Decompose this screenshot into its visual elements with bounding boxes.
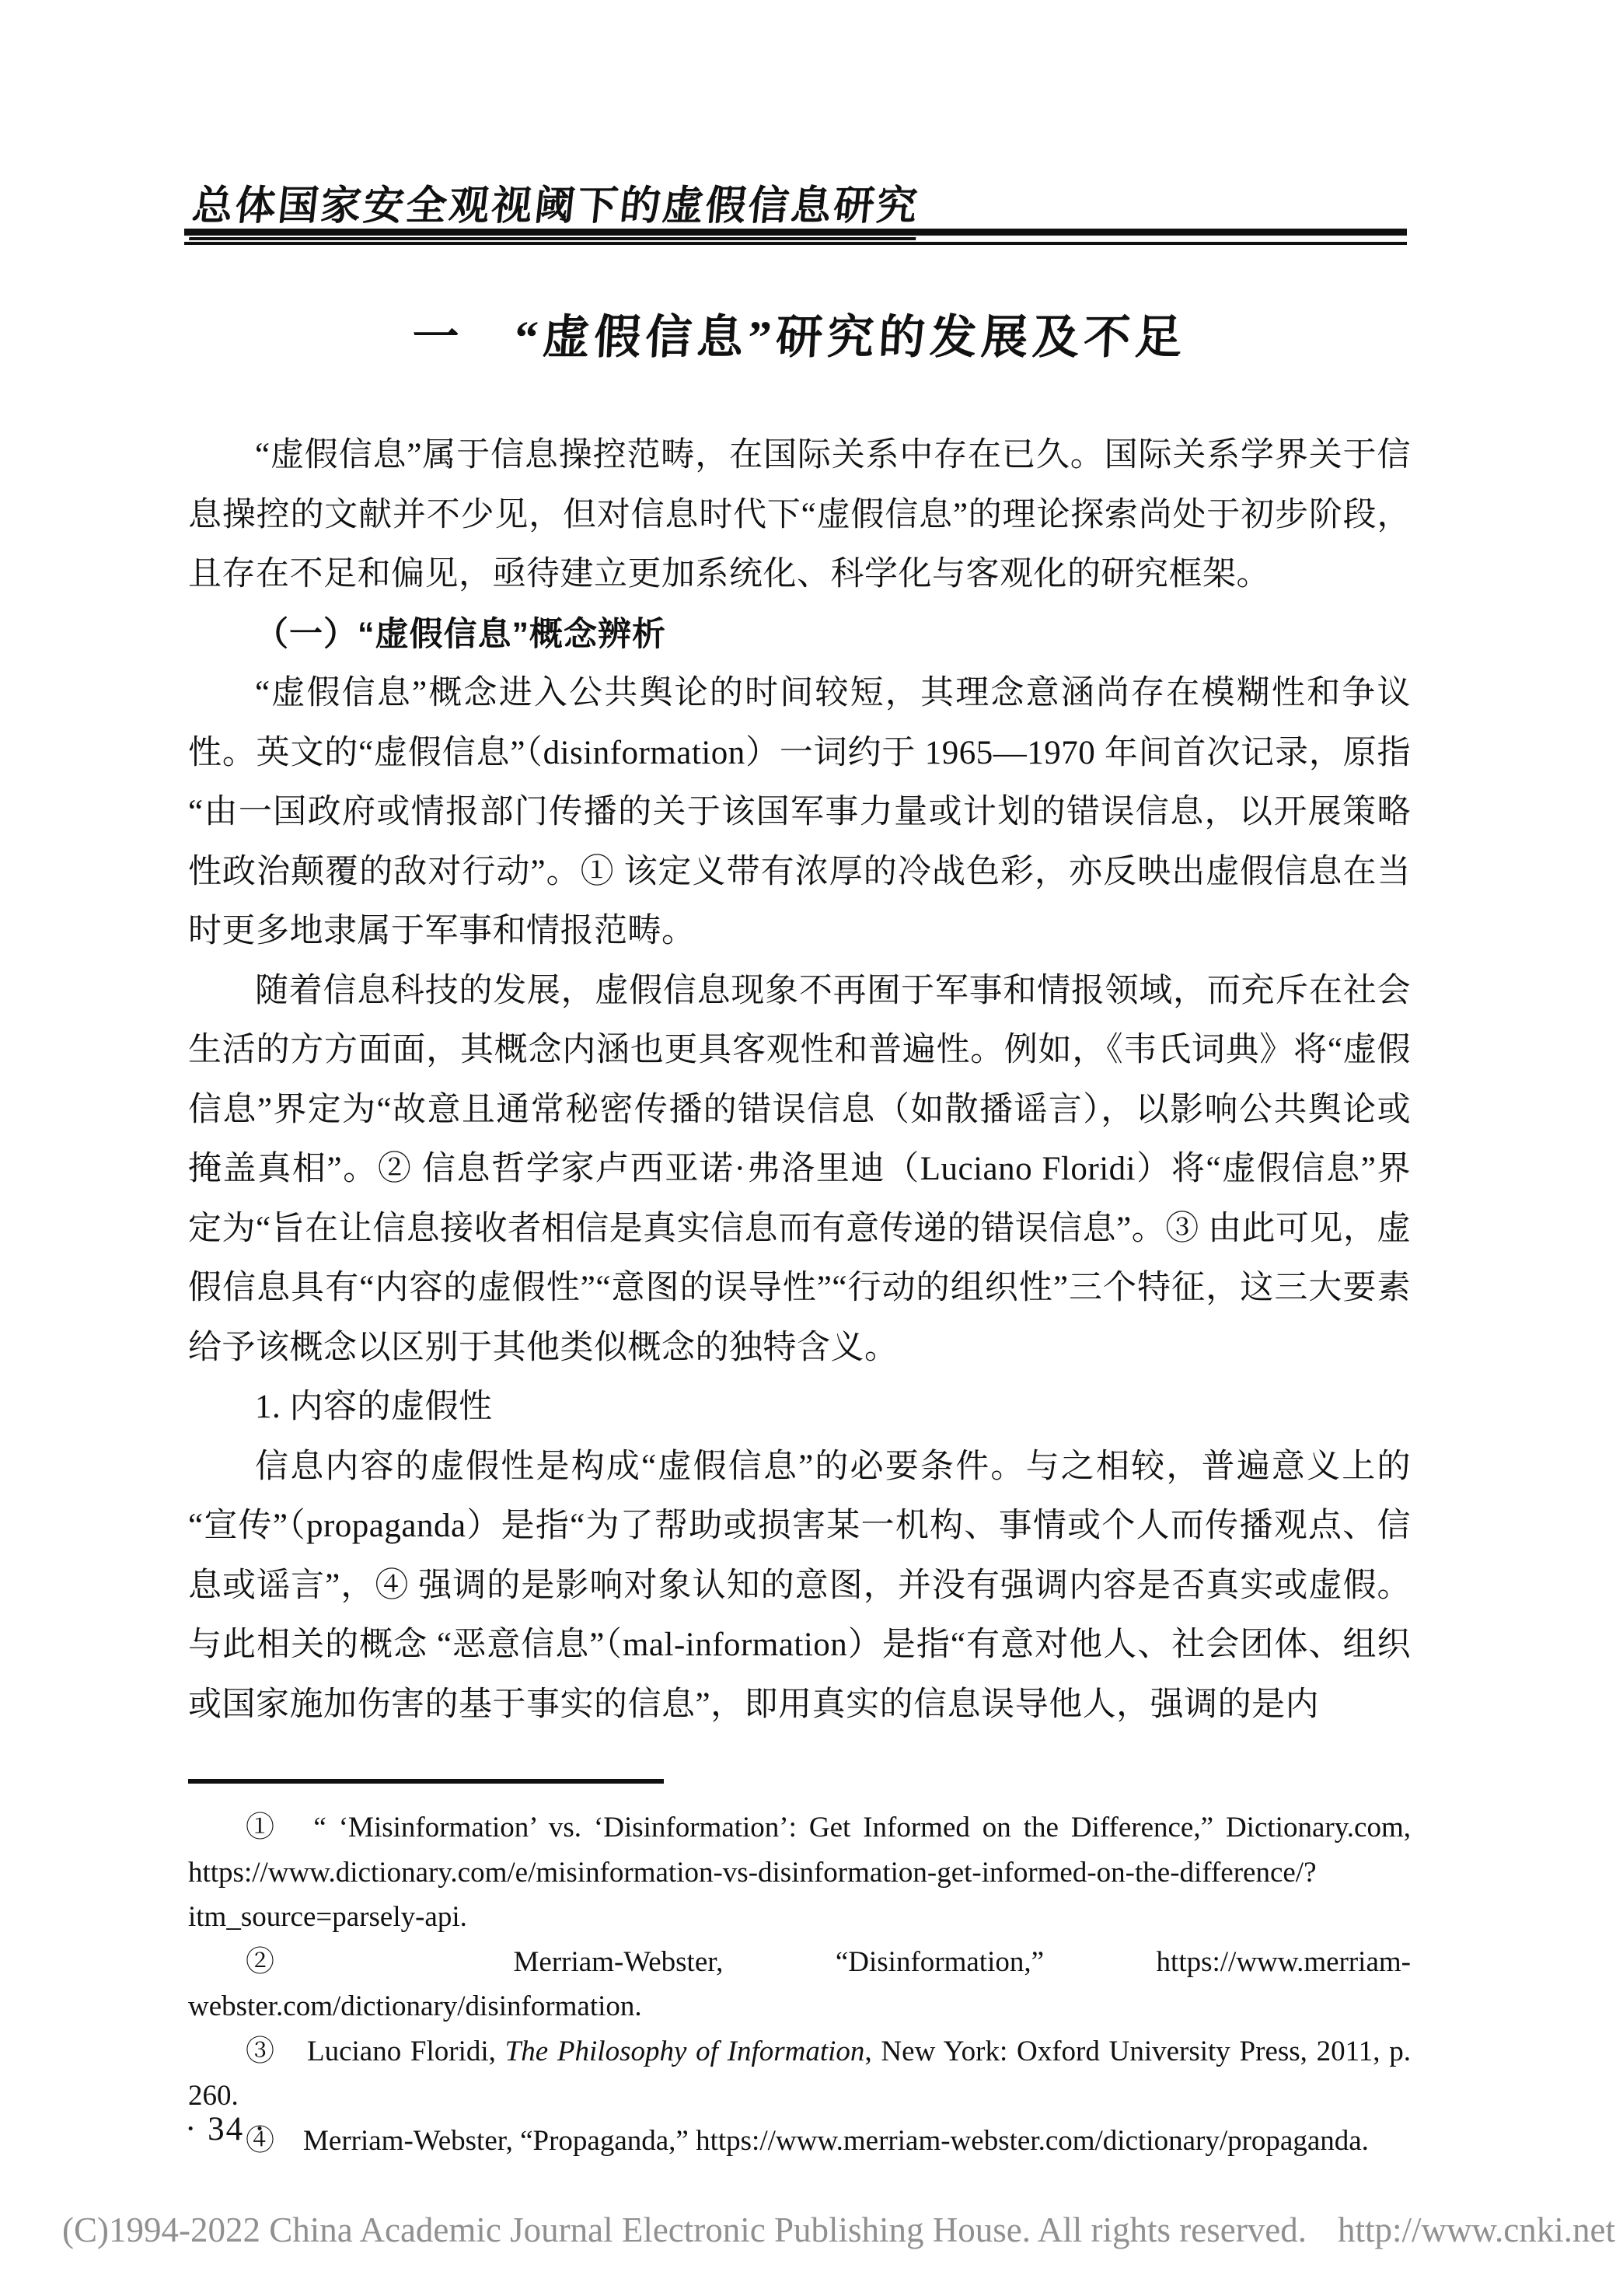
cnki-url: http://www.cnki.net — [1338, 2210, 1615, 2250]
footer: (C)1994-2022 China Academic Journal Elec… — [62, 2210, 1615, 2250]
paragraph-3: 随着信息科技的发展，虚假信息现象不再囿于军事和情报领域，而充斥在社会生活的方方面… — [188, 962, 1411, 1379]
journal-page: 总体国家安全观视阈下的虚假信息研究 一 “虚假信息”研究的发展及不足 “虚假信息… — [0, 0, 1616, 2296]
footnote-3: ③ Luciano Floridi, The Philosophy of Inf… — [188, 2029, 1411, 2119]
footnotes-block: ① “ ‘Misinformation’ vs. ‘Disinformation… — [188, 1805, 1411, 2163]
body-text: “虚假信息”属于信息操控范畴，在国际关系中存在已久。国际关系学界关于信息操控的文… — [188, 426, 1411, 1735]
footnote-1: ① “ ‘Misinformation’ vs. ‘Disinformation… — [188, 1805, 1411, 1940]
subsection-heading-1: （一）“虚假信息”概念辨析 — [188, 605, 1411, 665]
section-title: 一 “虚假信息”研究的发展及不足 — [187, 300, 1413, 367]
header-rule-thick — [184, 229, 1407, 236]
footnote-3-book-title: The Philosophy of Information — [505, 2036, 865, 2067]
subsection-heading-2: 1. 内容的虚假性 — [188, 1378, 1411, 1438]
footnote-3-pre: ③ Luciano Floridi, — [246, 2036, 505, 2067]
footnote-2: ② Merriam-Webster, “Disinformation,” htt… — [188, 1940, 1411, 2029]
footnote-separator — [188, 1779, 664, 1784]
footnote-4: ④ Merriam-Webster, “Propaganda,” https:/… — [188, 2119, 1411, 2164]
copyright-text: (C)1994-2022 China Academic Journal Elec… — [62, 2210, 1307, 2250]
paragraph-4: 信息内容的虚假性是构成“虚假信息”的必要条件。与之相较，普遍意义上的“宣传”（p… — [188, 1438, 1411, 1735]
page-number: · 34 · — [185, 2110, 267, 2148]
paragraph-1: “虚假信息”属于信息操控范畴，在国际关系中存在已久。国际关系学界关于信息操控的文… — [188, 426, 1411, 605]
header-rule-thin — [184, 242, 1407, 245]
paragraph-2: “虚假信息”概念进入公共舆论的时间较短，其理念意涵尚存在模糊性和争议性。英文的“… — [188, 664, 1411, 962]
